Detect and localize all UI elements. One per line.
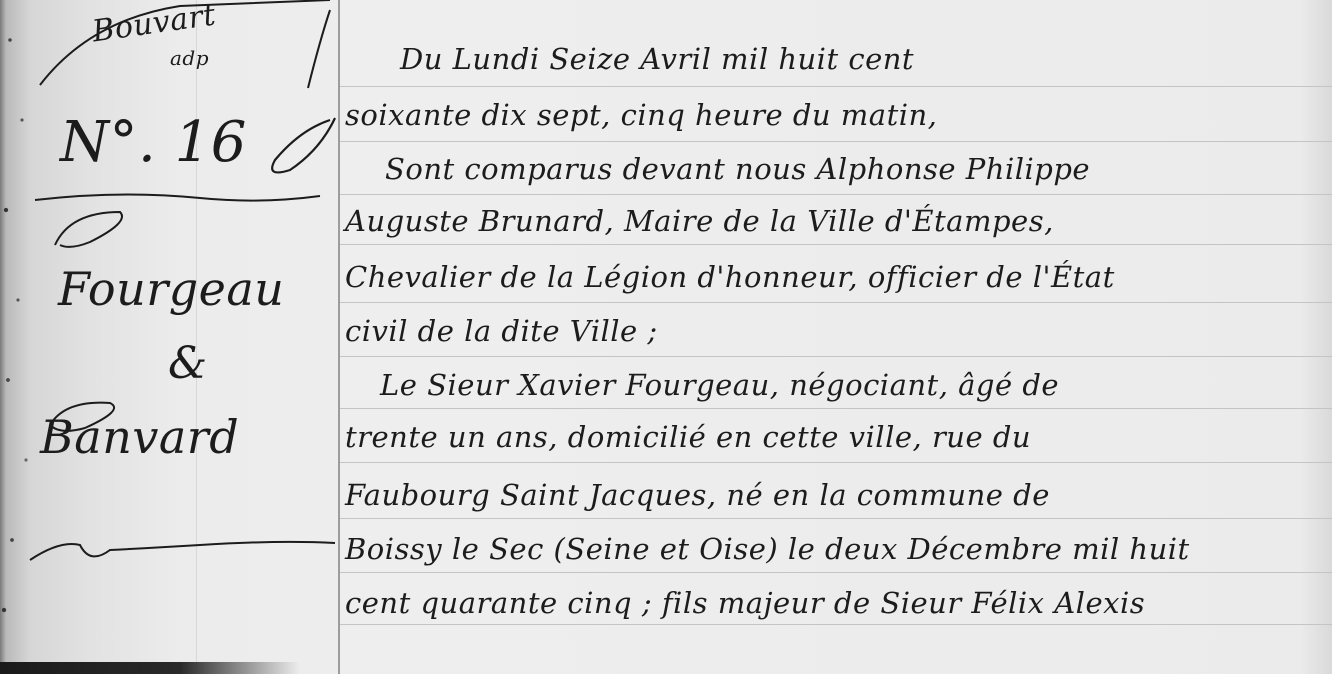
body-line-6: civil de la dite Ville ; <box>345 314 658 348</box>
page-bottom-shadow <box>0 662 300 674</box>
ruled-line <box>340 408 1332 409</box>
ruled-line <box>340 356 1332 357</box>
body-line-9: Faubourg Saint Jacques, né en la commune… <box>345 478 1050 512</box>
ruled-line <box>340 624 1332 625</box>
body-line-11: cent quarante cinq ; fils majeur de Sieu… <box>345 586 1145 620</box>
margin-name-groom: Fourgeau <box>58 262 284 316</box>
ruled-line <box>340 244 1332 245</box>
ruled-line <box>340 194 1332 195</box>
body-line-2: soixante dix sept, cinq heure du matin, <box>345 98 937 132</box>
body-line-4: Auguste Brunard, Maire de la Ville d'Éta… <box>345 204 1054 238</box>
body-line-1: Du Lundi Seize Avril mil huit cent <box>400 42 914 76</box>
margin-flourishes <box>0 0 340 674</box>
body-line-3: Sont comparus devant nous Alphonse Phili… <box>385 152 1090 186</box>
ruled-line <box>340 141 1332 142</box>
margin-conjunction: & <box>168 338 208 389</box>
ruled-line <box>340 518 1332 519</box>
register-page: Bouvart adp N°. 16 Fourgeau & Banvard Du… <box>0 0 1332 674</box>
ruled-line <box>340 86 1332 87</box>
margin-name-bride: Banvard <box>40 410 239 464</box>
body-line-10: Boissy le Sec (Seine et Oise) le deux Dé… <box>345 532 1190 566</box>
body-line-7: Le Sieur Xavier Fourgeau, négociant, âgé… <box>380 368 1059 402</box>
ruled-line <box>340 302 1332 303</box>
body-line-5: Chevalier de la Légion d'honneur, offici… <box>345 260 1115 294</box>
ruled-line <box>340 462 1332 463</box>
body-line-8: trente un ans, domicilié en cette ville,… <box>345 420 1031 454</box>
margin-annotation-sub: adp <box>170 46 209 70</box>
record-number: N°. 16 <box>60 110 247 175</box>
ruled-line <box>340 572 1332 573</box>
